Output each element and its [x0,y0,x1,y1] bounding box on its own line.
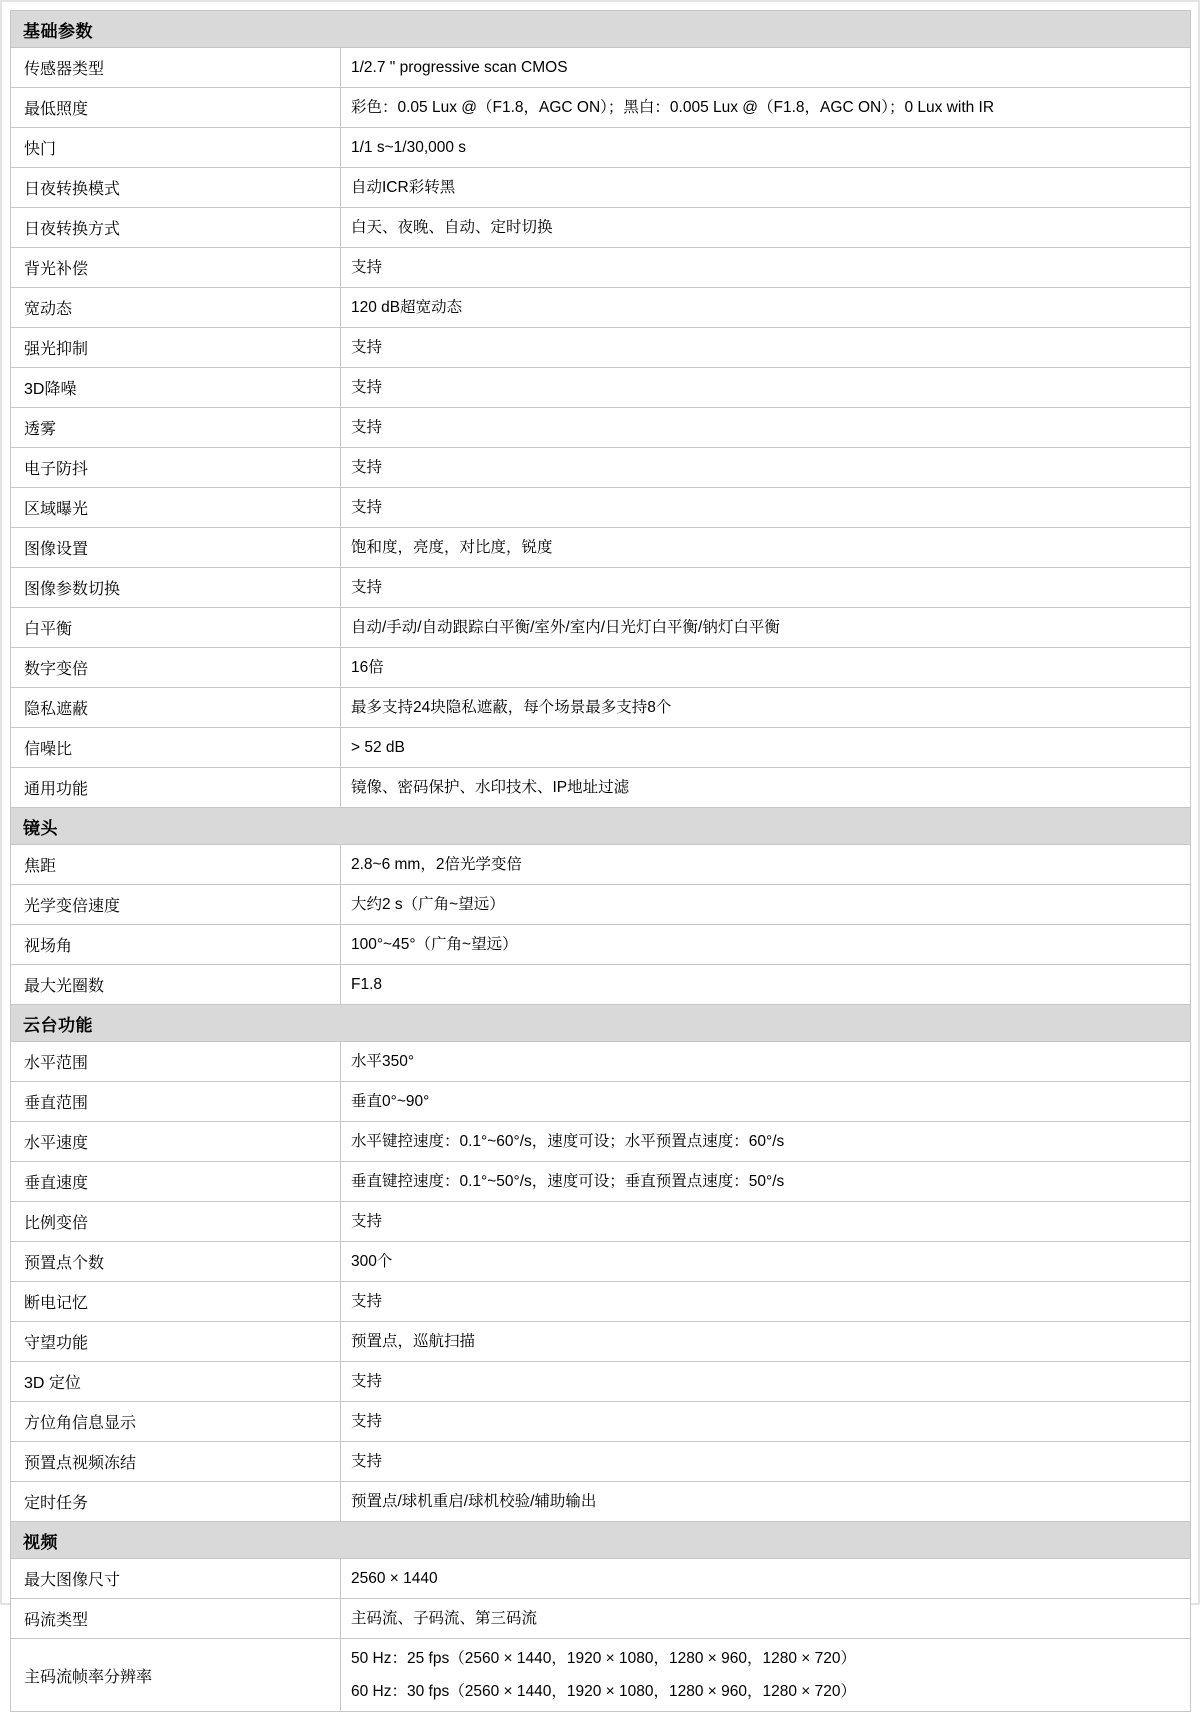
spec-value-line: 垂直0°~90° [351,1085,1184,1118]
spec-value-line: 主码流、子码流、第三码流 [351,1602,1184,1635]
spec-label: 日夜转换方式 [11,208,341,248]
spec-value-line: 50 Hz：25 fps（2560 × 1440，1920 × 1080，128… [351,1642,1184,1675]
spec-value: 自动/手动/自动跟踪白平衡/室外/室内/日光灯白平衡/钠灯白平衡 [341,608,1191,648]
spec-value-line: 预置点/球机重启/球机校验/辅助输出 [351,1485,1184,1518]
spec-label: 视场角 [11,925,341,965]
spec-label: 焦距 [11,845,341,885]
spec-value-line: 最多支持24块隐私遮蔽，每个场景最多支持8个 [351,691,1184,724]
spec-value: 白天、夜晚、自动、定时切换 [341,208,1191,248]
spec-label: 水平范围 [11,1042,341,1082]
spec-value-line: 支持 [351,1405,1184,1438]
spec-row: 3D降噪支持 [11,368,1191,408]
spec-label: 传感器类型 [11,48,341,88]
spec-value: F1.8 [341,965,1191,1005]
spec-value-line: 垂直键控速度：0.1°~50°/s，速度可设；垂直预置点速度：50°/s [351,1165,1184,1198]
spec-value: 支持 [341,248,1191,288]
spec-value: 支持 [341,408,1191,448]
spec-label: 垂直范围 [11,1082,341,1122]
spec-value-line: 60 Hz：30 fps（2560 × 1440，1920 × 1080，128… [351,1675,1184,1708]
spec-row: 守望功能预置点，巡航扫描 [11,1322,1191,1362]
spec-label: 区域曝光 [11,488,341,528]
spec-row: 水平范围水平350° [11,1042,1191,1082]
spec-value: 100°~45°（广角~望远） [341,925,1191,965]
spec-value-line: 300个 [351,1245,1184,1278]
spec-value: 支持 [341,1202,1191,1242]
spec-value: 1/1 s~1/30,000 s [341,128,1191,168]
spec-row: 宽动态120 dB超宽动态 [11,288,1191,328]
spec-row: 图像设置饱和度，亮度，对比度，锐度 [11,528,1191,568]
spec-value: 最多支持24块隐私遮蔽，每个场景最多支持8个 [341,688,1191,728]
section-title: 基础参数 [11,11,1191,48]
spec-value: 16倍 [341,648,1191,688]
spec-label: 3D 定位 [11,1362,341,1402]
spec-value-line: 支持 [351,1205,1184,1238]
spec-row: 光学变倍速度大约2 s（广角~望远） [11,885,1191,925]
spec-value: 50 Hz：25 fps（2560 × 1440，1920 × 1080，128… [341,1639,1191,1712]
spec-row: 图像参数切换支持 [11,568,1191,608]
spec-label: 电子防抖 [11,448,341,488]
spec-value-line: 支持 [351,251,1184,284]
spec-label: 定时任务 [11,1482,341,1522]
spec-value-line: 支持 [351,1285,1184,1318]
spec-value-line: 100°~45°（广角~望远） [351,928,1184,961]
spec-value: 自动ICR彩转黑 [341,168,1191,208]
spec-value-line: > 52 dB [351,731,1184,764]
spec-row: 传感器类型1/2.7 " progressive scan CMOS [11,48,1191,88]
spec-row: 垂直范围垂直0°~90° [11,1082,1191,1122]
spec-value: 预置点，巡航扫描 [341,1322,1191,1362]
spec-label: 信噪比 [11,728,341,768]
spec-label: 透雾 [11,408,341,448]
spec-value: 彩色：0.05 Lux @（F1.8，AGC ON）；黑白：0.005 Lux … [341,88,1191,128]
spec-value: 支持 [341,448,1191,488]
spec-row: 隐私遮蔽最多支持24块隐私遮蔽，每个场景最多支持8个 [11,688,1191,728]
spec-value: 垂直0°~90° [341,1082,1191,1122]
spec-label: 预置点视频冻结 [11,1442,341,1482]
spec-value: 2.8~6 mm，2倍光学变倍 [341,845,1191,885]
spec-value-line: F1.8 [351,968,1184,1001]
spec-value-line: 自动/手动/自动跟踪白平衡/室外/室内/日光灯白平衡/钠灯白平衡 [351,611,1184,644]
spec-label: 光学变倍速度 [11,885,341,925]
spec-row: 焦距2.8~6 mm，2倍光学变倍 [11,845,1191,885]
spec-row: 方位角信息显示支持 [11,1402,1191,1442]
spec-value-line: 水平350° [351,1045,1184,1078]
spec-value-line: 支持 [351,491,1184,524]
spec-label: 背光补偿 [11,248,341,288]
spec-row: 背光补偿支持 [11,248,1191,288]
spec-value-line: 1/2.7 " progressive scan CMOS [351,51,1184,84]
spec-value: 1/2.7 " progressive scan CMOS [341,48,1191,88]
spec-value: 支持 [341,1442,1191,1482]
spec-row: 视场角100°~45°（广角~望远） [11,925,1191,965]
spec-row: 断电记忆支持 [11,1282,1191,1322]
spec-value-line: 2560 × 1440 [351,1562,1184,1595]
spec-row: 通用功能镜像、密码保护、水印技术、IP地址过滤 [11,768,1191,808]
spec-row: 数字变倍16倍 [11,648,1191,688]
spec-value-line: 1/1 s~1/30,000 s [351,131,1184,164]
spec-value-line: 支持 [351,371,1184,404]
spec-value-line: 彩色：0.05 Lux @（F1.8，AGC ON）；黑白：0.005 Lux … [351,91,1184,124]
spec-row: 最大图像尺寸2560 × 1440 [11,1559,1191,1599]
spec-label: 比例变倍 [11,1202,341,1242]
spec-label: 方位角信息显示 [11,1402,341,1442]
spec-label: 日夜转换模式 [11,168,341,208]
spec-sheet-page: 基础参数传感器类型1/2.7 " progressive scan CMOS最低… [0,0,1200,1605]
spec-value: 支持 [341,1402,1191,1442]
spec-value: 镜像、密码保护、水印技术、IP地址过滤 [341,768,1191,808]
spec-row: 电子防抖支持 [11,448,1191,488]
spec-label: 3D降噪 [11,368,341,408]
spec-value-line: 支持 [351,331,1184,364]
spec-row: 日夜转换模式自动ICR彩转黑 [11,168,1191,208]
section-header-row: 视频 [11,1522,1191,1559]
spec-label: 图像参数切换 [11,568,341,608]
spec-row: 日夜转换方式白天、夜晚、自动、定时切换 [11,208,1191,248]
spec-table-body: 基础参数传感器类型1/2.7 " progressive scan CMOS最低… [11,11,1191,1712]
spec-value-line: 支持 [351,1445,1184,1478]
spec-label: 码流类型 [11,1599,341,1639]
spec-value-line: 自动ICR彩转黑 [351,171,1184,204]
spec-row: 最大光圈数F1.8 [11,965,1191,1005]
spec-value-line: 120 dB超宽动态 [351,291,1184,324]
spec-label: 主码流帧率分辨率 [11,1639,341,1712]
spec-value: 支持 [341,368,1191,408]
spec-value: 大约2 s（广角~望远） [341,885,1191,925]
spec-value-line: 支持 [351,1365,1184,1398]
spec-row: 预置点个数300个 [11,1242,1191,1282]
spec-label: 隐私遮蔽 [11,688,341,728]
spec-value: 2560 × 1440 [341,1559,1191,1599]
spec-value: 支持 [341,568,1191,608]
spec-row: 比例变倍支持 [11,1202,1191,1242]
spec-row: 信噪比> 52 dB [11,728,1191,768]
spec-label: 最低照度 [11,88,341,128]
spec-label: 最大图像尺寸 [11,1559,341,1599]
spec-value: 支持 [341,1362,1191,1402]
spec-label: 守望功能 [11,1322,341,1362]
spec-row: 最低照度彩色：0.05 Lux @（F1.8，AGC ON）；黑白：0.005 … [11,88,1191,128]
spec-label: 断电记忆 [11,1282,341,1322]
section-title: 视频 [11,1522,1191,1559]
spec-row: 强光抑制支持 [11,328,1191,368]
spec-value: 支持 [341,328,1191,368]
spec-value-line: 预置点，巡航扫描 [351,1325,1184,1358]
spec-value: 垂直键控速度：0.1°~50°/s，速度可设；垂直预置点速度：50°/s [341,1162,1191,1202]
spec-value: 水平350° [341,1042,1191,1082]
spec-table: 基础参数传感器类型1/2.7 " progressive scan CMOS最低… [10,10,1191,1712]
spec-value-line: 白天、夜晚、自动、定时切换 [351,211,1184,244]
spec-row: 3D 定位支持 [11,1362,1191,1402]
spec-label: 白平衡 [11,608,341,648]
section-title: 云台功能 [11,1005,1191,1042]
spec-value-line: 水平键控速度：0.1°~60°/s，速度可设；水平预置点速度：60°/s [351,1125,1184,1158]
spec-value-line: 大约2 s（广角~望远） [351,888,1184,921]
spec-row: 水平速度水平键控速度：0.1°~60°/s，速度可设；水平预置点速度：60°/s [11,1122,1191,1162]
section-title: 镜头 [11,808,1191,845]
section-header-row: 云台功能 [11,1005,1191,1042]
spec-row: 主码流帧率分辨率50 Hz：25 fps（2560 × 1440，1920 × … [11,1639,1191,1712]
spec-value: 预置点/球机重启/球机校验/辅助输出 [341,1482,1191,1522]
spec-row: 透雾支持 [11,408,1191,448]
spec-row: 白平衡自动/手动/自动跟踪白平衡/室外/室内/日光灯白平衡/钠灯白平衡 [11,608,1191,648]
spec-value-line: 饱和度，亮度，对比度，锐度 [351,531,1184,564]
spec-label: 垂直速度 [11,1162,341,1202]
spec-value-line: 2.8~6 mm，2倍光学变倍 [351,848,1184,881]
spec-label: 宽动态 [11,288,341,328]
spec-row: 定时任务预置点/球机重启/球机校验/辅助输出 [11,1482,1191,1522]
spec-row: 垂直速度垂直键控速度：0.1°~50°/s，速度可设；垂直预置点速度：50°/s [11,1162,1191,1202]
spec-row: 快门1/1 s~1/30,000 s [11,128,1191,168]
spec-value-line: 支持 [351,451,1184,484]
spec-row: 预置点视频冻结支持 [11,1442,1191,1482]
spec-label: 预置点个数 [11,1242,341,1282]
spec-value: 支持 [341,488,1191,528]
spec-value: 120 dB超宽动态 [341,288,1191,328]
spec-value-line: 支持 [351,411,1184,444]
spec-row: 区域曝光支持 [11,488,1191,528]
spec-label: 通用功能 [11,768,341,808]
spec-value: 水平键控速度：0.1°~60°/s，速度可设；水平预置点速度：60°/s [341,1122,1191,1162]
spec-label: 图像设置 [11,528,341,568]
spec-value-line: 镜像、密码保护、水印技术、IP地址过滤 [351,771,1184,804]
spec-value: 300个 [341,1242,1191,1282]
spec-value: 支持 [341,1282,1191,1322]
section-header-row: 镜头 [11,808,1191,845]
spec-value-line: 支持 [351,571,1184,604]
spec-label: 最大光圈数 [11,965,341,1005]
section-header-row: 基础参数 [11,11,1191,48]
spec-value-line: 16倍 [351,651,1184,684]
spec-value: 饱和度，亮度，对比度，锐度 [341,528,1191,568]
spec-label: 强光抑制 [11,328,341,368]
spec-label: 水平速度 [11,1122,341,1162]
spec-value: 主码流、子码流、第三码流 [341,1599,1191,1639]
spec-label: 数字变倍 [11,648,341,688]
spec-label: 快门 [11,128,341,168]
spec-value: > 52 dB [341,728,1191,768]
